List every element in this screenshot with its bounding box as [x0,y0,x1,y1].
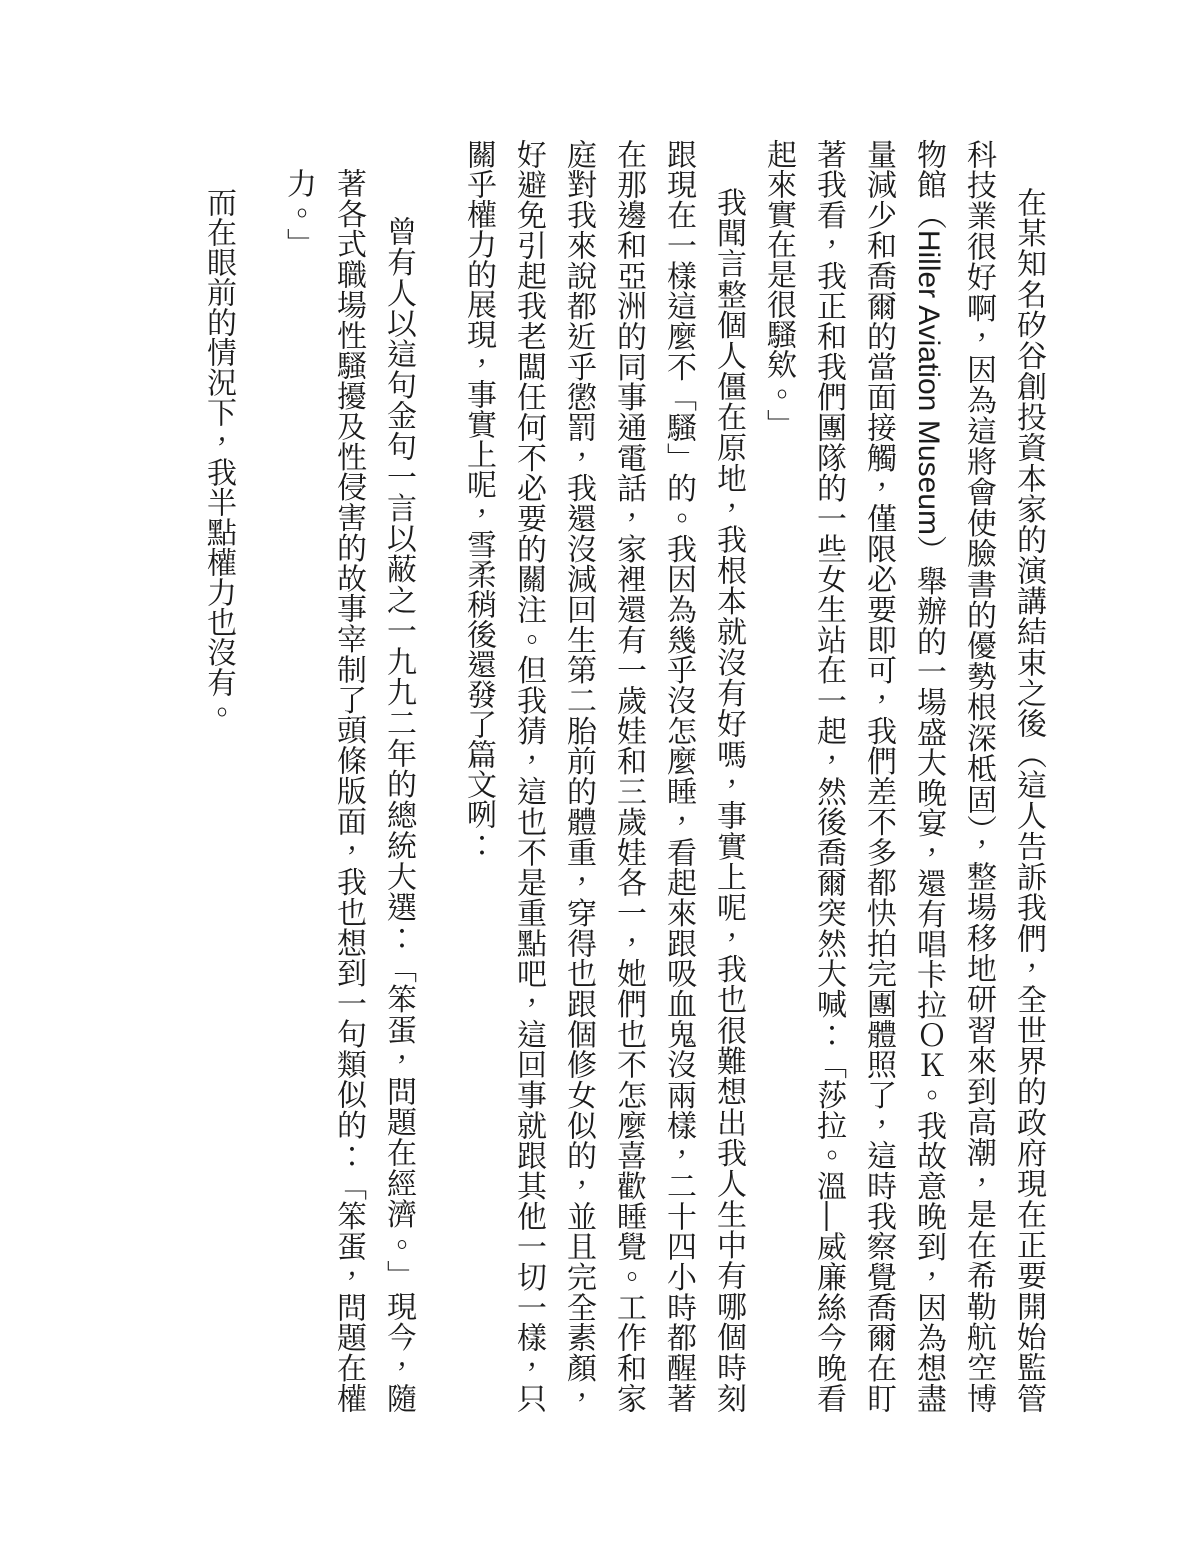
paragraph-3: 而在眼前的情況下，我半點權力也沒有。 [193,139,243,1413]
book-page: 在某知名矽谷創投資本家的演講結束之後（這人告訴我們，全世界的政府現在正要開始監管… [0,0,1200,1553]
paragraph-2: 我聞言整個人僵在原地，我根本就沒有好嗎，事實上呢，我也很難想出我人生中有哪個時刻… [453,139,753,1413]
quote-paragraph: 曾有人以這句金句一言以蔽之一九九二年的總統大選：「笨蛋，問題在經濟。」現今，隨著… [273,168,423,1413]
paragraph-1: 在某知名矽谷創投資本家的演講結束之後（這人告訴我們，全世界的政府現在正要開始監管… [753,139,1053,1413]
page-text-block: 在某知名矽谷創投資本家的演講結束之後（這人告訴我們，全世界的政府現在正要開始監管… [193,139,1053,1413]
quote-block: 曾有人以這句金句一言以蔽之一九九二年的總統大選：「笨蛋，問題在經濟。」現今，隨著… [273,139,423,1413]
